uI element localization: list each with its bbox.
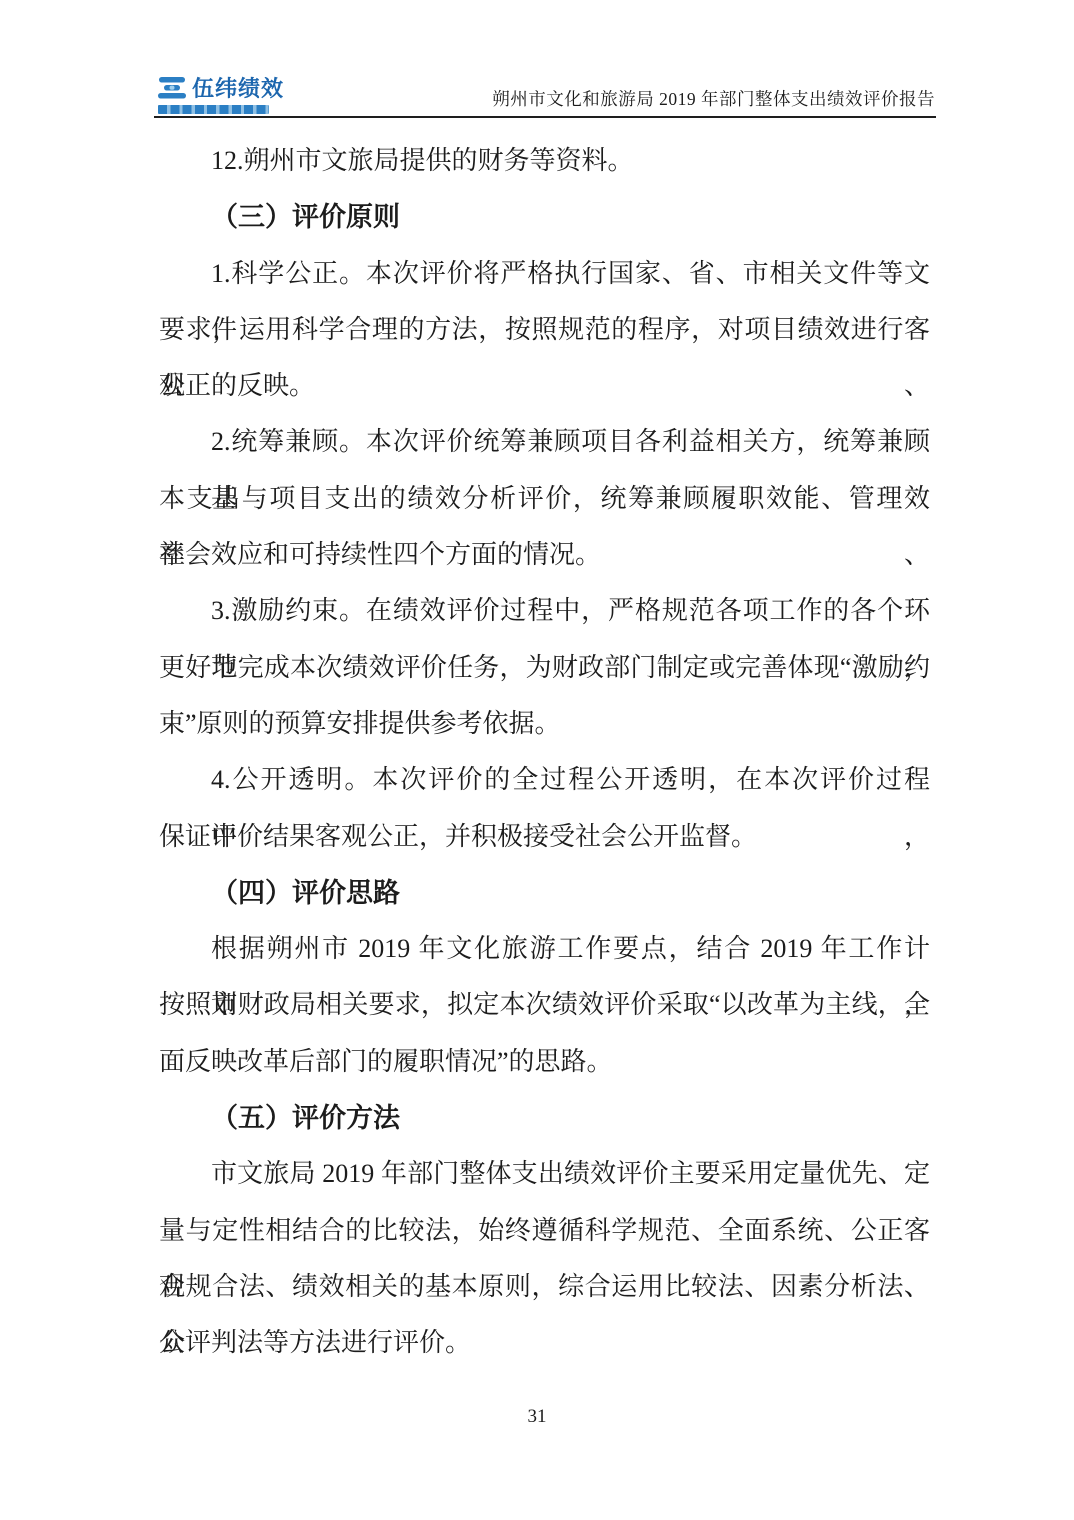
page-number: 31 bbox=[528, 1406, 547, 1427]
document-body: 12.朔州市文旅局提供的财务等资料。（三）评价原则1.科学公正。本次评价将严格执… bbox=[159, 133, 930, 1372]
text-line: 更好地完成本次绩效评价任务，为财政部门制定或完善体现“激励约 bbox=[159, 640, 930, 696]
text-line: 12.朔州市文旅局提供的财务等资料。 bbox=[159, 133, 930, 189]
logo-strip-decoration bbox=[158, 105, 269, 114]
text-line: 面反映改革后部门的履职情况”的思路。 bbox=[159, 1034, 930, 1090]
text-line: 根据朔州市 2019 年文化旅游工作要点，结合 2019 年工作计划， bbox=[159, 921, 930, 977]
document-page: { "colors": { "logo_blue": "#1c66ae", "s… bbox=[0, 0, 1074, 1520]
logo-wordmark: 伍纬绩效 bbox=[192, 72, 284, 103]
text-line: 要求，运用科学合理的方法，按照规范的程序，对项目绩效进行客观、 bbox=[159, 302, 930, 358]
text-line: 束”原则的预算安排提供参考依据。 bbox=[159, 696, 930, 752]
section-heading: （五）评价方法 bbox=[159, 1090, 930, 1146]
text-line: 众评判法等方法进行评价。 bbox=[159, 1315, 930, 1371]
report-title: 朔州市文化和旅游局 2019 年部门整体支出绩效评价报告 bbox=[492, 86, 935, 111]
page-footer: 31 bbox=[0, 1406, 1074, 1428]
header-divider bbox=[154, 116, 936, 118]
company-logo: 伍纬绩效 bbox=[157, 72, 284, 114]
text-line: 本支出与项目支出的绩效分析评价，统筹兼顾履职效能、管理效率、 bbox=[159, 471, 930, 527]
logo-bars-icon bbox=[157, 74, 187, 102]
section-heading: （三）评价原则 bbox=[159, 189, 930, 245]
text-line: 2.统筹兼顾。本次评价统筹兼顾项目各利益相关方，统筹兼顾基 bbox=[159, 414, 930, 470]
text-line: 合规合法、绩效相关的基本原则，综合运用比较法、因素分析法、公 bbox=[159, 1259, 930, 1315]
text-line: 量与定性相结合的比较法，始终遵循科学规范、全面系统、公正客观、 bbox=[159, 1203, 930, 1259]
text-line: 1.科学公正。本次评价将严格执行国家、省、市相关文件等文件 bbox=[159, 246, 930, 302]
text-line: 4.公开透明。本次评价的全过程公开透明，在本次评价过程中， bbox=[159, 752, 930, 808]
page-header: 伍纬绩效 朔州市文化和旅游局 2019 年部门整体支出绩效评价报告 bbox=[0, 0, 1074, 120]
section-heading: （四）评价思路 bbox=[159, 865, 930, 921]
text-line: 市文旅局 2019 年部门整体支出绩效评价主要采用定量优先、定 bbox=[159, 1146, 930, 1202]
text-line: 按照市财政局相关要求，拟定本次绩效评价采取“以改革为主线，全 bbox=[159, 977, 930, 1033]
text-line: 3.激励约束。在绩效评价过程中，严格规范各项工作的各个环节， bbox=[159, 583, 930, 639]
